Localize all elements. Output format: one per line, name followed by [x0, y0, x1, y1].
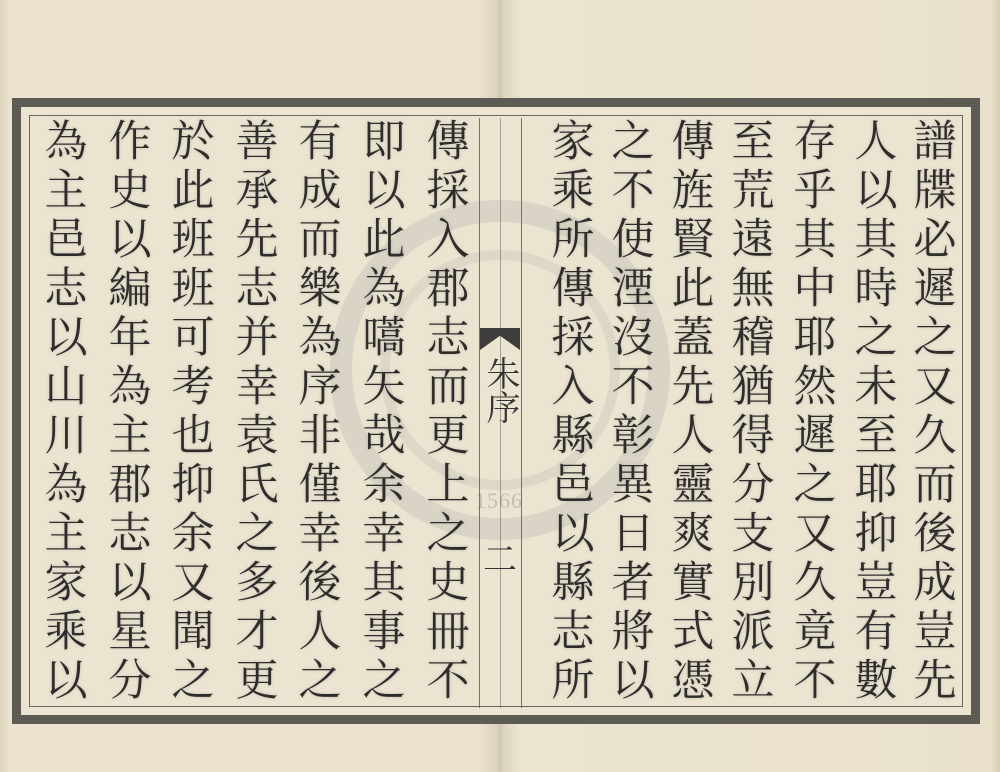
text-column: 譜牒必遲之又久而後成豈先: [905, 118, 965, 708]
glyph: 存: [789, 118, 841, 167]
glyph: 星: [104, 608, 156, 657]
glyph: 不: [789, 657, 841, 706]
glyph: 抑: [167, 461, 219, 510]
glyph: 序: [294, 363, 346, 412]
glyph: 志: [547, 608, 599, 657]
glyph: 將: [607, 608, 659, 657]
text-column: 有成而樂為序非僅幸後人之: [290, 118, 350, 708]
glyph: 靈: [667, 461, 719, 510]
glyph: 其: [358, 559, 410, 608]
glyph: 遲: [909, 265, 961, 314]
glyph: 以: [40, 657, 92, 706]
glyph: 之: [607, 118, 659, 167]
glyph: 稽: [727, 314, 779, 363]
glyph: 豈: [850, 559, 902, 608]
glyph: 猶: [727, 363, 779, 412]
glyph: 人: [850, 118, 902, 167]
glyph: 必: [909, 216, 961, 265]
glyph: 之: [294, 657, 346, 706]
glyph: 日: [607, 510, 659, 559]
glyph: 久: [909, 412, 961, 461]
glyph: 此: [667, 265, 719, 314]
glyph: 之: [422, 510, 474, 559]
glyph: 有: [850, 608, 902, 657]
glyph: 彰: [607, 412, 659, 461]
glyph: 又: [167, 559, 219, 608]
center-strip-right-rule: [521, 118, 522, 708]
seal-stamp-number: 1566: [475, 488, 523, 514]
glyph: 人: [667, 412, 719, 461]
glyph: 遲: [789, 412, 841, 461]
glyph: 先: [667, 363, 719, 412]
glyph: 分: [104, 657, 156, 706]
glyph: 時: [850, 265, 902, 314]
glyph: 入: [547, 363, 599, 412]
text-column: 作史以編年為主郡志以星分: [100, 118, 160, 708]
glyph: 非: [294, 412, 346, 461]
glyph: 入: [422, 216, 474, 265]
glyph: 幸: [294, 510, 346, 559]
glyph: 為: [104, 363, 156, 412]
glyph: 採: [422, 167, 474, 216]
glyph: 竟: [789, 608, 841, 657]
glyph: 主: [104, 412, 156, 461]
glyph: 多: [231, 559, 283, 608]
glyph: 班: [167, 216, 219, 265]
glyph: 於: [167, 118, 219, 167]
glyph: 其: [789, 216, 841, 265]
glyph: 沒: [607, 314, 659, 363]
glyph: 幸: [358, 510, 410, 559]
glyph: 無: [727, 265, 779, 314]
text-column: 善承先志并幸袁氏之多才更: [227, 118, 287, 708]
glyph: 此: [167, 167, 219, 216]
page-number: 二: [480, 532, 520, 581]
glyph: 中: [789, 265, 841, 314]
glyph: 而: [909, 461, 961, 510]
glyph: 荒: [727, 167, 779, 216]
glyph: 遠: [727, 216, 779, 265]
glyph: 至: [850, 412, 902, 461]
glyph: 立: [727, 657, 779, 706]
glyph: 不: [422, 657, 474, 706]
glyph: 式: [667, 608, 719, 657]
glyph: 可: [167, 314, 219, 363]
glyph: 為: [358, 265, 410, 314]
glyph: 得: [727, 412, 779, 461]
glyph: 而: [294, 216, 346, 265]
glyph: 邑: [547, 461, 599, 510]
glyph: 不: [607, 167, 659, 216]
glyph: 乘: [40, 608, 92, 657]
glyph: 之: [167, 657, 219, 706]
glyph: 以: [850, 167, 902, 216]
glyph: 未: [850, 363, 902, 412]
glyph: 山: [40, 363, 92, 412]
glyph: 乘: [547, 167, 599, 216]
glyph: 更: [231, 657, 283, 706]
glyph: 其: [850, 216, 902, 265]
glyph: 傳: [422, 118, 474, 167]
glyph: 不: [607, 363, 659, 412]
glyph: 志: [40, 265, 92, 314]
glyph: 成: [909, 559, 961, 608]
glyph: 旌: [667, 167, 719, 216]
glyph: 也: [167, 412, 219, 461]
glyph: 傳: [667, 118, 719, 167]
glyph: 家: [40, 559, 92, 608]
glyph: 又: [789, 510, 841, 559]
glyph: 家: [547, 118, 599, 167]
glyph: 為: [294, 314, 346, 363]
glyph: 有: [294, 118, 346, 167]
glyph: 郡: [104, 461, 156, 510]
glyph: 承: [231, 167, 283, 216]
text-column: 於此班班可考也抑余又聞之: [163, 118, 223, 708]
glyph: 使: [607, 216, 659, 265]
glyph: 支: [727, 510, 779, 559]
glyph: 袁: [231, 412, 283, 461]
glyph: 為: [40, 461, 92, 510]
glyph: 至: [727, 118, 779, 167]
glyph: 主: [40, 510, 92, 559]
glyph: 派: [727, 608, 779, 657]
glyph: 矢: [358, 363, 410, 412]
glyph: 班: [167, 265, 219, 314]
glyph: 更: [422, 412, 474, 461]
glyph: 後: [909, 510, 961, 559]
glyph: 憑: [667, 657, 719, 706]
glyph: 豈: [909, 608, 961, 657]
glyph: 之: [850, 314, 902, 363]
glyph: 久: [789, 559, 841, 608]
glyph: 善: [231, 118, 283, 167]
text-column: 人以其時之未至耶抑豈有數: [846, 118, 906, 708]
glyph: 以: [104, 559, 156, 608]
glyph: 以: [104, 216, 156, 265]
glyph: 志: [231, 265, 283, 314]
glyph: 僅: [294, 461, 346, 510]
text-column: 存乎其中耶然遲之又久竟不: [785, 118, 845, 708]
glyph: 上: [422, 461, 474, 510]
glyph: 賢: [667, 216, 719, 265]
glyph: 主: [40, 167, 92, 216]
glyph: 而: [422, 363, 474, 412]
glyph: 以: [358, 167, 410, 216]
glyph: 先: [231, 216, 283, 265]
text-column: 為主邑志以山川為主家乘以: [36, 118, 96, 708]
glyph: 為: [40, 118, 92, 167]
glyph: 郡: [422, 265, 474, 314]
glyph: 先: [909, 657, 961, 706]
glyph: 所: [547, 216, 599, 265]
glyph: 耶: [789, 314, 841, 363]
text-column: 傳旌賢此蓋先人靈爽實式憑: [663, 118, 723, 708]
glyph: 實: [667, 559, 719, 608]
glyph: 冊: [422, 608, 474, 657]
glyph: 別: [727, 559, 779, 608]
glyph: 志: [104, 510, 156, 559]
glyph: 採: [547, 314, 599, 363]
glyph: 分: [727, 461, 779, 510]
glyph: 然: [789, 363, 841, 412]
glyph: 年: [104, 314, 156, 363]
glyph: 樂: [294, 265, 346, 314]
glyph: 之: [358, 657, 410, 706]
glyph: 者: [607, 559, 659, 608]
glyph: 余: [167, 510, 219, 559]
glyph: 湮: [607, 265, 659, 314]
text-column: 家乘所傳採入縣邑以縣志所: [543, 118, 603, 708]
glyph: 所: [547, 657, 599, 706]
glyph: 哉: [358, 412, 410, 461]
glyph: 抑: [850, 510, 902, 559]
glyph: 以: [40, 314, 92, 363]
glyph: 此: [358, 216, 410, 265]
glyph: 異: [607, 461, 659, 510]
glyph: 聞: [167, 608, 219, 657]
text-column: 傳採入郡志而更上之史冊不: [418, 118, 478, 708]
glyph: 邑: [40, 216, 92, 265]
glyph: 乎: [789, 167, 841, 216]
glyph: 氏: [231, 461, 283, 510]
glyph: 縣: [547, 559, 599, 608]
glyph: 作: [104, 118, 156, 167]
glyph: 人: [294, 608, 346, 657]
glyph: 又: [909, 363, 961, 412]
glyph: 志: [422, 314, 474, 363]
center-title-text: 朱序: [480, 356, 520, 424]
glyph: 爽: [667, 510, 719, 559]
glyph: 之: [789, 461, 841, 510]
glyph: 數: [850, 657, 902, 706]
glyph: 嚆: [358, 314, 410, 363]
glyph: 譜: [909, 118, 961, 167]
glyph: 之: [231, 510, 283, 559]
glyph: 余: [358, 461, 410, 510]
glyph: 後: [294, 559, 346, 608]
glyph: 耶: [850, 461, 902, 510]
glyph: 事: [358, 608, 410, 657]
glyph: 以: [547, 510, 599, 559]
center-title: 朱序: [480, 356, 520, 424]
glyph: 傳: [547, 265, 599, 314]
glyph: 以: [607, 657, 659, 706]
glyph: 幸: [231, 363, 283, 412]
glyph: 牒: [909, 167, 961, 216]
glyph: 編: [104, 265, 156, 314]
glyph: 川: [40, 412, 92, 461]
glyph: 史: [422, 559, 474, 608]
glyph: 考: [167, 363, 219, 412]
glyph: 之: [909, 314, 961, 363]
glyph: 史: [104, 167, 156, 216]
glyph: 蓋: [667, 314, 719, 363]
text-column: 之不使湮沒不彰異日者將以: [603, 118, 663, 708]
text-column: 即以此為嚆矢哉余幸其事之: [354, 118, 414, 708]
glyph: 成: [294, 167, 346, 216]
text-column: 至荒遠無稽猶得分支別派立: [723, 118, 783, 708]
glyph: 并: [231, 314, 283, 363]
glyph: 才: [231, 608, 283, 657]
glyph: 即: [358, 118, 410, 167]
glyph: 縣: [547, 412, 599, 461]
